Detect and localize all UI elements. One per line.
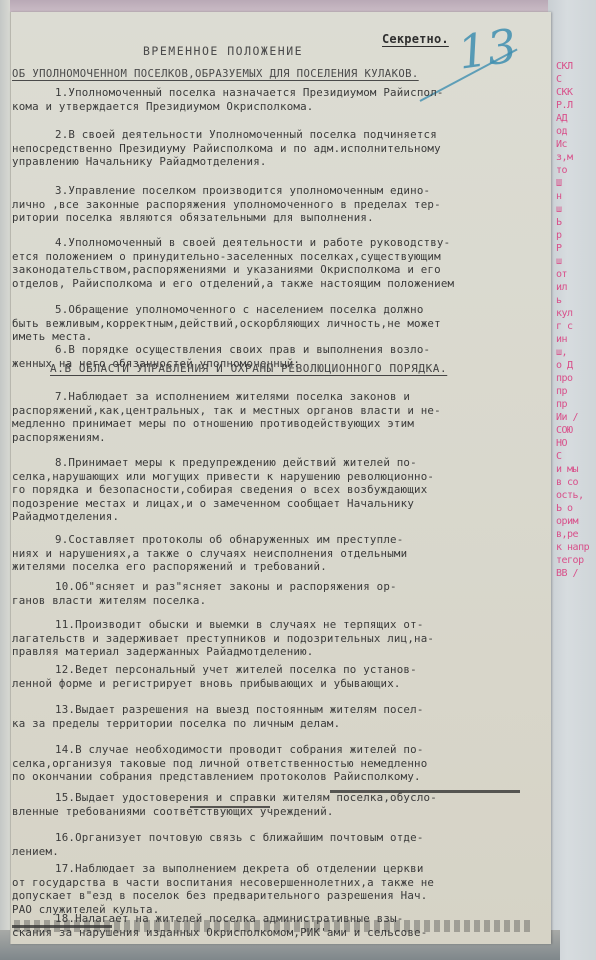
section-heading: А.В ОБЛАСТИ УПРАВЛЕНИЯ И ОХРАНЫ РЕВОЛЮЦИ… [50, 362, 447, 376]
paragraph-7-first-line: 7.Наблюдает за исполнением жителями посе… [55, 390, 410, 404]
paragraph-17-line: от государства в части воспитания несове… [12, 876, 434, 890]
paragraph-3-first-line: 3.Управление поселком производится уполн… [55, 184, 430, 198]
paragraph-14-first-line: 14.В случае необходимости проводит собра… [55, 743, 424, 757]
paragraph-8-first-line: 8.Принимает меры к предупреждению действ… [55, 456, 417, 470]
document-title: ВРЕМЕННОЕ ПОЛОЖЕНИЕ [143, 45, 303, 59]
paragraph-4-line: законодательством,распоряжениями и указа… [12, 263, 441, 277]
paragraph-8-line: Райадмотделения. [12, 510, 119, 524]
paragraph-15-line: вленные требованиями соответствующих учр… [12, 805, 334, 819]
classification-label: Секретно. [382, 33, 449, 47]
paragraph-12-line: ленной форме и регистрирует вновь прибыв… [12, 677, 401, 691]
paragraph-4-first-line: 4.Уполномоченный в своей деятельности и … [55, 236, 450, 250]
paragraph-16-line: лением. [12, 845, 59, 859]
paragraph-8-line: селка,нарушающих или могущих привести к … [12, 470, 434, 484]
paragraph-7-line: распоряжений,как,центральных, так и мест… [12, 404, 441, 418]
paragraph-7-line: распоряжениям. [12, 431, 106, 445]
paragraph-5-first-line: 5.Обращение уполномоченного с населением… [55, 303, 424, 317]
paragraph-11-line: правляя материал задержанных Райадмотдел… [12, 645, 314, 659]
paragraph-12-first-line: 12.Ведет персональный учет жителей посел… [55, 663, 417, 677]
paragraph-16-first-line: 16.Организует почтовую связь с ближайшим… [55, 831, 424, 845]
paragraph-15-first-line: 15.Выдает удостоверения и справки жителя… [55, 791, 437, 805]
paragraph-17-line: допускает в"езд в поселок без предварите… [12, 889, 427, 903]
paragraph-13-line: ка за пределы территории поселка по личн… [12, 717, 340, 731]
paragraph-14-line: по окончании собрания представлением про… [12, 770, 421, 784]
paragraph-2-line: управлению Начальнику Райадмотделения. [12, 155, 267, 169]
torn-bottom-text [14, 920, 534, 932]
overstrike-mark [190, 806, 270, 808]
paragraph-4-line: ется положением о принудительно-заселенн… [12, 250, 441, 264]
paragraph-17-first-line: 17.Наблюдает за выполнением декрета об о… [55, 862, 424, 876]
paragraph-4-line: отделов, Райисполкома и его отделений,а … [12, 277, 454, 291]
paragraph-2-line: непосредственно Президиуму Райисполкома … [12, 142, 441, 156]
paragraph-10-first-line: 10.Об"ясняет и раз"ясняет законы и распо… [55, 580, 397, 594]
paragraph-9-first-line: 9.Составляет протоколы об обнаруженных и… [55, 533, 403, 547]
paragraph-8-line: го порядка и безопасности,собирая сведен… [12, 483, 427, 497]
paragraph-11-first-line: 11.Производит обыски и выемки в случаях … [55, 618, 424, 632]
paragraph-7-line: медленно принимает меры по отношению про… [12, 417, 414, 431]
paragraph-3-line: лично ,все законные распоряжения уполном… [12, 198, 441, 212]
paragraph-5-line: иметь места. [12, 330, 92, 344]
paragraph-1-line: кома и утверждается Президиумом Окриспол… [12, 100, 314, 114]
stamped-paper-fragments: СКЛ С СКК Р.Л АД од Ис з,м то Ш н ш Ь р … [556, 60, 596, 920]
paragraph-9-line: ниях и нарушениях,а также о случаях неис… [12, 547, 407, 561]
paragraph-13-first-line: 13.Выдает разрешения на выезд постоянным… [55, 703, 424, 717]
paragraph-9-line: жителями поселка его распоряжений и треб… [12, 560, 327, 574]
paragraph-11-line: лагательств и задерживает преступников и… [12, 632, 434, 646]
binding-edge [0, 0, 10, 960]
paragraph-3-line: ритории поселка являются обязательными д… [12, 211, 374, 225]
paragraph-2-first-line: 2.В своей деятельности Уполномоченный по… [55, 128, 437, 142]
handwritten-page-number: 13 [455, 18, 520, 80]
document-subtitle: ОБ УПОЛНОМОЧЕННОМ ПОСЕЛКОВ,ОБРАЗУЕМЫХ ДЛ… [12, 68, 419, 82]
overstrike-mark [330, 790, 520, 793]
paragraph-5-line: быть вежливым,корректным,действий,оскорб… [12, 317, 441, 331]
paragraph-14-line: селка,организуя таковые под личной ответ… [12, 757, 427, 771]
paragraph-10-line: ганов власти жителям поселка. [12, 594, 206, 608]
paragraph-6-first-line: 6.В порядке осуществления своих прав и в… [55, 343, 430, 357]
paragraph-1-first-line: 1.Уполномоченный поселка назначается Пре… [55, 86, 444, 100]
paragraph-8-line: подозрение местах и лицах,и о замеченном… [12, 497, 414, 511]
